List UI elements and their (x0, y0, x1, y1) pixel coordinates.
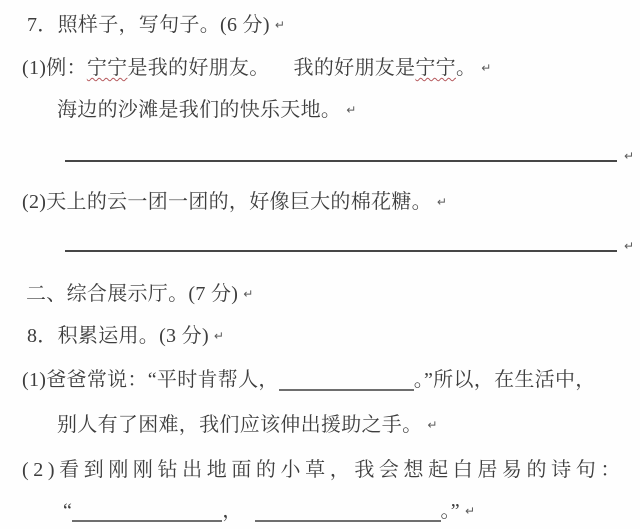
spellchecked-name: 宁宁 (87, 57, 128, 79)
worksheet-page: 7．照样子，写句子。(6 分)↵ (1)例：宁宁是我的好朋友。我的好朋友是宁宁。… (0, 0, 640, 529)
item-2-sentence: (2)天上的云一团一团的，好像巨大的棉花糖。 (22, 191, 432, 213)
return-mark-icon: ↵ (624, 239, 634, 253)
return-mark-icon: ↵ (481, 61, 491, 75)
return-mark-icon: ↵ (427, 418, 437, 432)
fill-in-blank (72, 500, 222, 522)
section-2-header: 二、综合展示厅。(7 分)↵ (26, 281, 253, 308)
question-7-item-1-example: (1)例：宁宁是我的好朋友。我的好朋友是宁宁。↵ (22, 55, 491, 82)
return-mark-icon: ↵ (437, 195, 447, 209)
open-quote: “ (63, 500, 72, 522)
answer-line-2-return: ↵ (619, 233, 634, 260)
answer-line-1-return: ↵ (619, 143, 634, 170)
question-7-title: 7．照样子，写句子。(6 分) (27, 14, 270, 36)
fill-in-blank (255, 500, 441, 522)
rewritten-sentence-lead: 我的好朋友是 (294, 57, 416, 79)
item-1-text-before-blank: (1)爸爸常说：“平时肯帮人， (22, 369, 279, 391)
comma-separator: ， (222, 500, 242, 522)
answer-line-2 (65, 250, 617, 252)
fill-in-blank (279, 369, 414, 391)
practice-sentence: 海边的沙滩是我们的快乐天地。 (57, 99, 341, 121)
item-1-prefix: (1)例： (22, 57, 87, 79)
question-8-item-2-answer-line: “，。”↵ (63, 498, 475, 525)
return-mark-icon: ↵ (214, 329, 224, 343)
question-8-item-1-line-2: 别人有了困难，我们应该伸出援助之手。↵ (57, 412, 437, 439)
return-mark-icon: ↵ (275, 18, 285, 32)
question-8-item-1-line-1: (1)爸爸常说：“平时肯帮人，。”所以，在生活中， (22, 367, 596, 394)
question-7-item-1-practice-sentence: 海边的沙滩是我们的快乐天地。↵ (57, 97, 356, 124)
return-mark-icon: ↵ (624, 149, 634, 163)
question-7-item-2-sentence: (2)天上的云一团一团的，好像巨大的棉花糖。↵ (22, 189, 447, 216)
return-mark-icon: ↵ (243, 287, 253, 301)
question-8-header: 8．积累运用。(3 分)↵ (27, 323, 224, 350)
item-1-text-after-blank: 。”所以，在生活中， (414, 369, 596, 391)
spellchecked-name: 宁宁 (415, 57, 456, 79)
answer-line-1 (65, 160, 617, 162)
return-mark-icon: ↵ (465, 504, 475, 518)
question-8-title: 8．积累运用。(3 分) (27, 325, 209, 347)
example-sentence-rest: 是我的好朋友。 (127, 57, 269, 79)
return-mark-icon: ↵ (346, 103, 356, 117)
item-2-prompt: (2)看到刚刚钻出地面的小草，我会想起白居易的诗句： (22, 459, 625, 481)
question-7-header: 7．照样子，写句子。(6 分)↵ (27, 12, 285, 39)
rewritten-sentence-period: 。 (456, 57, 476, 79)
item-1-continuation: 别人有了困难，我们应该伸出援助之手。 (57, 414, 422, 436)
section-2-title: 二、综合展示厅。(7 分) (26, 283, 238, 305)
question-8-item-2-line-1: (2)看到刚刚钻出地面的小草，我会想起白居易的诗句： (22, 457, 625, 484)
closing-punctuation: 。” (441, 500, 460, 522)
